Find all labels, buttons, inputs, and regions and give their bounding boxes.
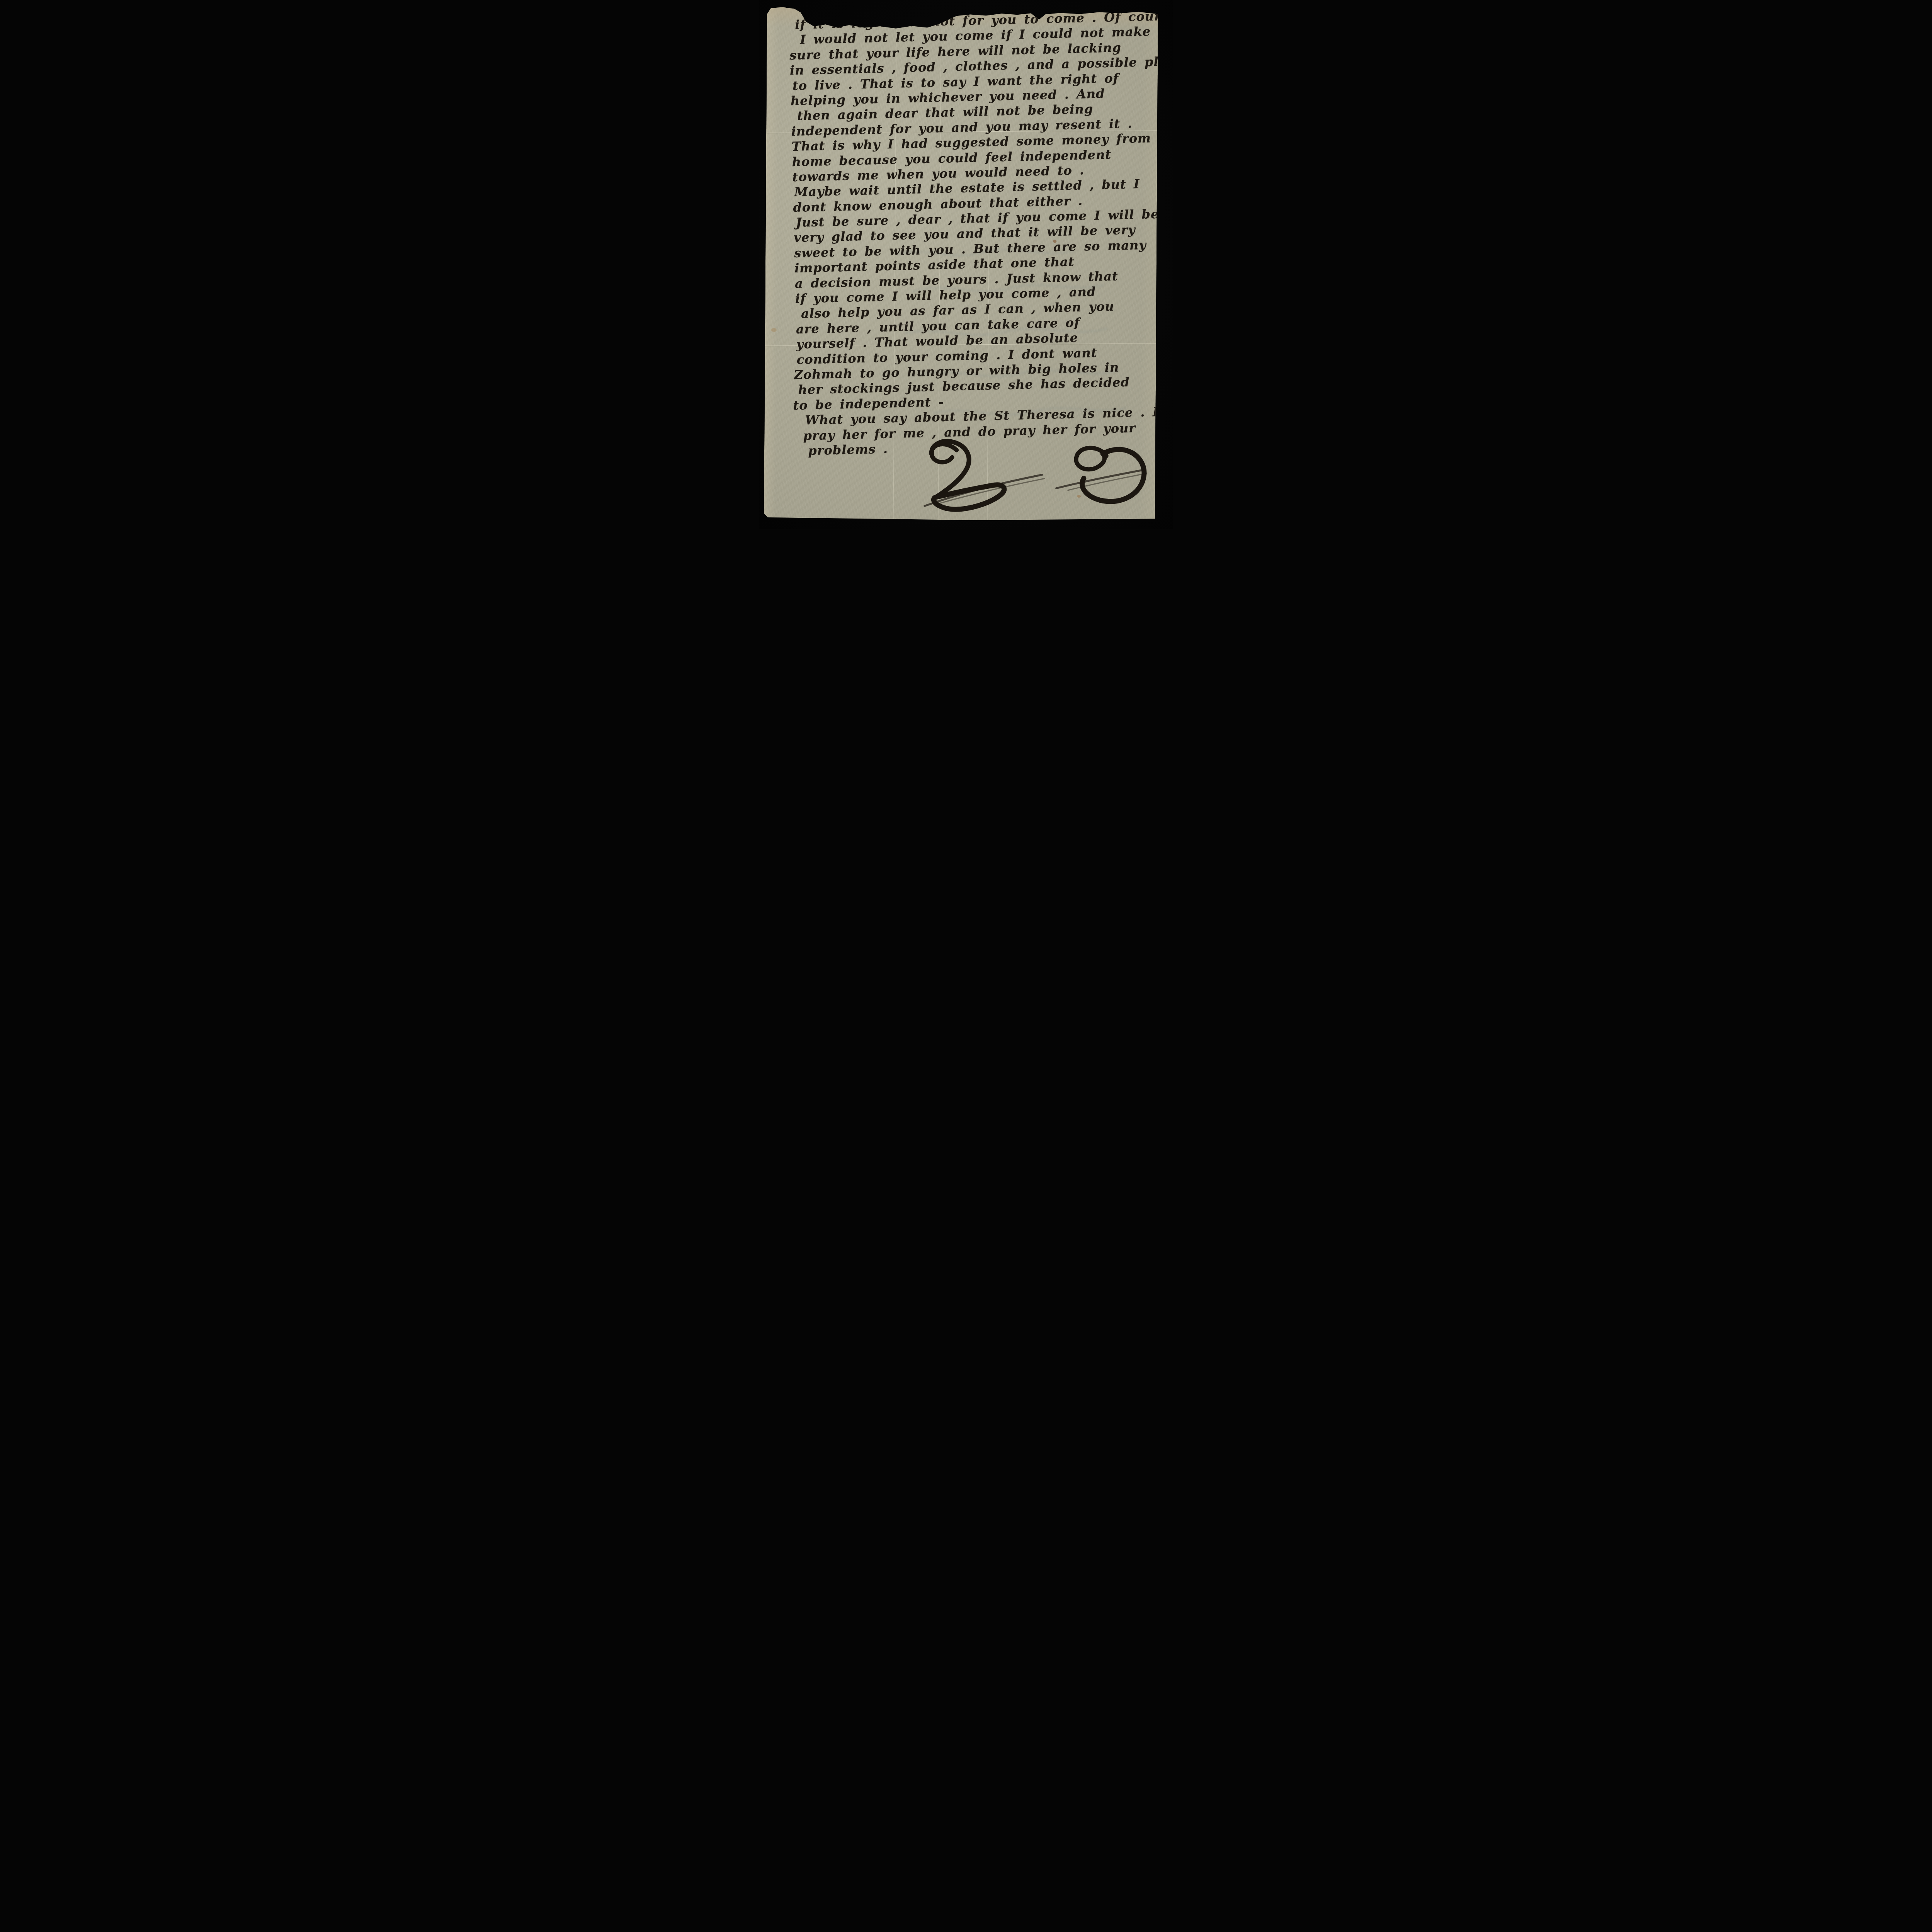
letter-page: if it is logical or not for you to come … — [764, 3, 1158, 521]
letter-body: if it is logical or not for you to come … — [789, 9, 1173, 459]
paper-stain — [771, 328, 777, 332]
signature-scrawl — [877, 433, 1150, 518]
photo-backdrop: if it is logical or not for you to come … — [759, 0, 1173, 529]
